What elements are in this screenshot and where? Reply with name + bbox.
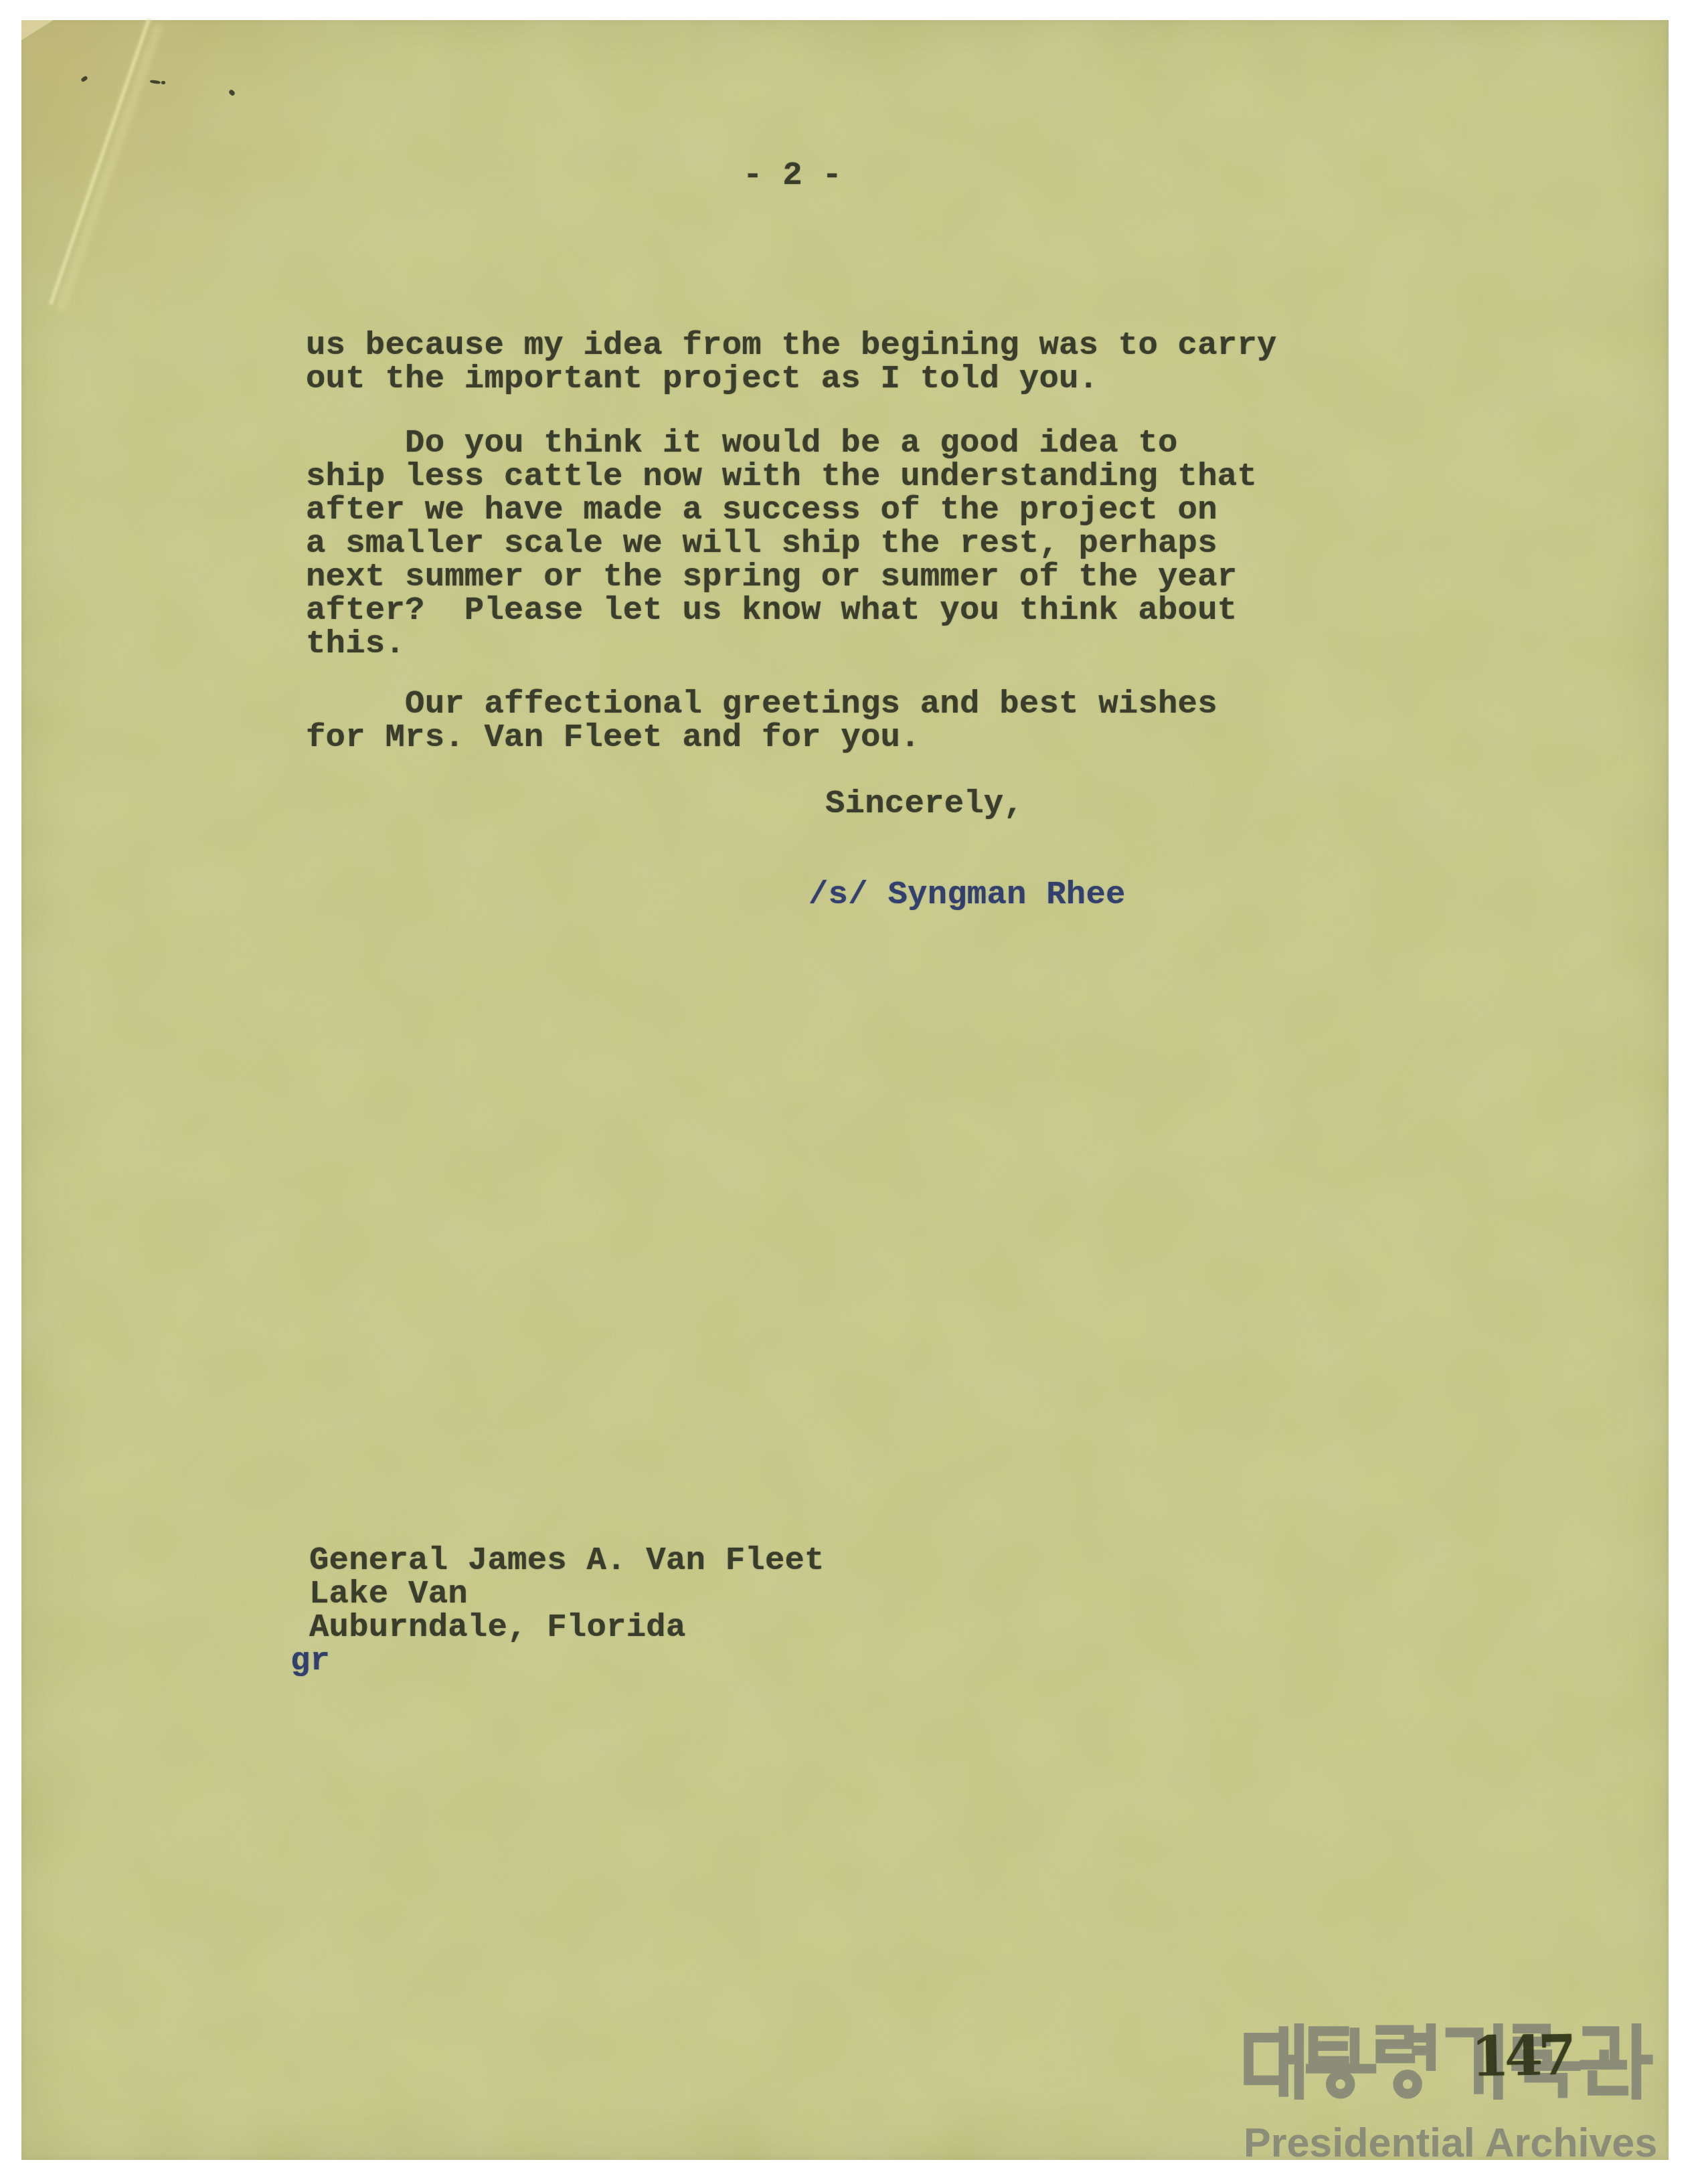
dust-speck <box>80 76 88 83</box>
paragraph-1: us because my idea from the begining was… <box>306 329 1277 395</box>
hangul-tong <box>1310 2031 1371 2094</box>
closing-salutation: Sincerely, <box>825 787 1023 820</box>
typed-signature: /s/ Syngman Rhee <box>809 878 1126 911</box>
typist-initials: gr <box>290 1644 330 1677</box>
paragraph-3: Our affectional greetings and best wishe… <box>306 687 1217 754</box>
page-number: - 2 - <box>743 159 842 192</box>
korean-watermark-glyphs <box>1241 2023 1655 2100</box>
recipient-address: General James A. Van Fleet Lake Van Aubu… <box>309 1544 825 1644</box>
scan-background: { "document": { "page_number": "- 2 -", … <box>0 0 1692 2184</box>
dust-speck <box>150 80 161 84</box>
hangul-gi <box>1450 2026 1498 2096</box>
archive-stamp-number: 147 <box>1470 2028 1572 2085</box>
hangul-gwan <box>1585 2026 1648 2096</box>
dust-speck <box>228 89 236 96</box>
letter-page: - 2 - us because my idea from the begini… <box>21 20 1669 2160</box>
hangul-dae <box>1249 2026 1299 2096</box>
english-watermark-label: Presidential Archives <box>1244 2122 1657 2163</box>
hangul-ryeong <box>1381 2026 1431 2094</box>
hangul-rok <box>1516 2029 1576 2094</box>
paper-crease <box>48 17 154 306</box>
dust-speck <box>161 81 165 84</box>
corner-fold <box>21 20 54 40</box>
paragraph-2: Do you think it would be a good idea to … <box>306 426 1257 660</box>
